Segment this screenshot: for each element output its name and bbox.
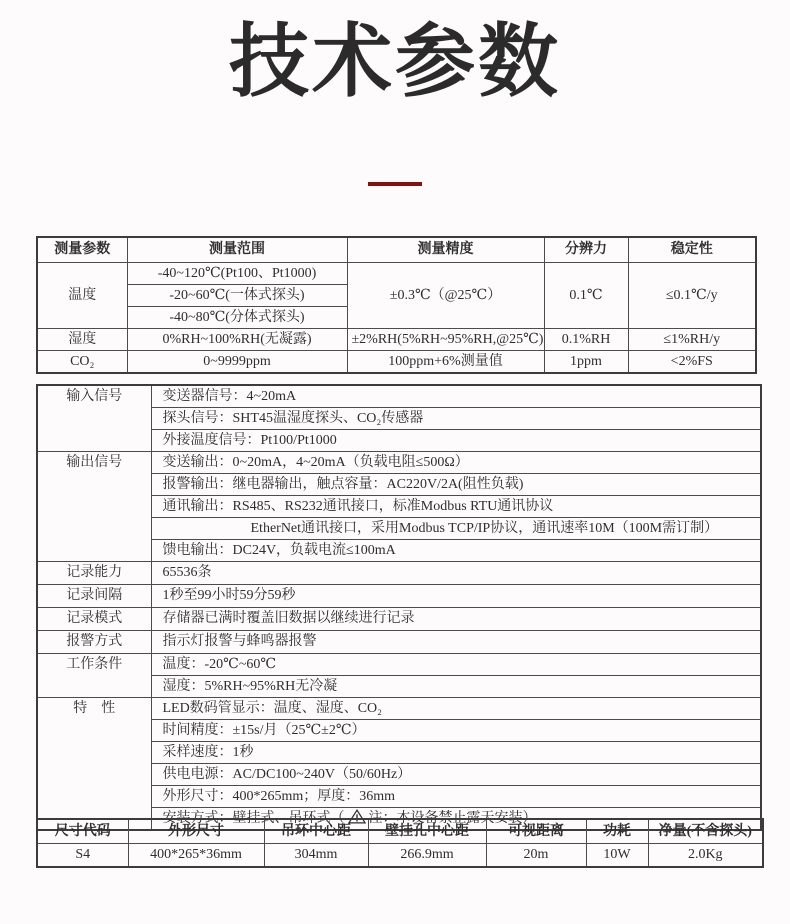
table-row: 特 性 LED数码管显示：温度、湿度、CO₂ [37,698,761,720]
column-header-range: 测量范围 [127,237,347,263]
size-value-row: S4 400*265*36mm 304mm 266.9mm 20m 10W 2.… [37,844,763,868]
record-interval-value: 1秒至99小时59分59秒 [151,585,761,608]
humidity-range: 0%RH~100%RH(无凝露) [127,329,347,351]
measurement-spec-table: 测量参数 测量范围 测量精度 分辨力 稳定性 温度 -40~120℃(Pt100… [36,236,757,374]
table-row: 记录间隔 1秒至99小时59分59秒 [37,585,761,608]
param-humidity: 湿度 [37,329,127,351]
table-row: 温度 -40~120℃(Pt100、Pt1000) ±0.3℃（@25℃） 0.… [37,263,756,285]
column-header-view-distance: 可视距离 [486,819,586,844]
humidity-stability: ≤1%RH/y [628,329,756,351]
column-header-param: 测量参数 [37,237,127,263]
features-row-3: 采样速度：1秒 [151,742,761,764]
column-header-power: 功耗 [586,819,648,844]
table-row: 湿度 0%RH~100%RH(无凝露) ±2%RH(5%RH~95%RH,@25… [37,329,756,351]
net-weight-value: 2.0Kg [648,844,763,868]
features-row-1: LED数码管显示：温度、湿度、CO₂ [151,698,761,720]
table-row: 报警方式 指示灯报警与蜂鸣器报警 [37,631,761,654]
input-signal-row-1: 变送器信号：4~20mA [151,385,761,408]
column-header-hole-distance: 壁挂孔中心距 [368,819,486,844]
size-table: 尺寸代码 外形尺寸 吊环中心距 壁挂孔中心距 可视距离 功耗 净量(不含探头) … [36,818,764,868]
column-header-resolution: 分辨力 [544,237,628,263]
label-record-interval: 记录间隔 [37,585,151,608]
table-row: 工作条件 温度：-20℃~60℃ [37,654,761,676]
table-row: CO₂ 0~9999ppm 100ppm+6%测量值 1ppm <2%FS [37,351,756,374]
temperature-resolution: 0.1℃ [544,263,628,329]
page-title: 技术参数 [0,14,790,110]
table-row: 记录模式 存储器已满时覆盖旧数据以继续进行记录 [37,608,761,631]
label-alarm-mode: 报警方式 [37,631,151,654]
working-conditions-row-2: 湿度：5%RH~95%RH无冷凝 [151,676,761,698]
column-header-ring-distance: 吊环中心距 [264,819,368,844]
label-features: 特 性 [37,698,151,831]
features-row-5: 外形尺寸：400*265mm；厚度：36mm [151,786,761,808]
table-row: 输出信号 变送输出：0~20mA，4~20mA（负载电阻≤500Ω） [37,452,761,474]
input-signal-row-2: 探头信号：SHT45温湿度探头、CO₂传感器 [151,408,761,430]
output-signal-row-1: 变送输出：0~20mA，4~20mA（负载电阻≤500Ω） [151,452,761,474]
size-header-row: 尺寸代码 外形尺寸 吊环中心距 壁挂孔中心距 可视距离 功耗 净量(不含探头) [37,819,763,844]
detail-spec-table: 输入信号 变送器信号：4~20mA 探头信号：SHT45温湿度探头、CO₂传感器… [36,384,762,831]
humidity-accuracy: ±2%RH(5%RH~95%RH,@25℃) [347,329,544,351]
co2-range: 0~9999ppm [127,351,347,374]
output-signal-row-3: 通讯输出：RS485、RS232通讯接口，标准Modbus RTU通讯协议 [151,496,761,518]
size-code-value: S4 [37,844,128,868]
temperature-stability: ≤0.1℃/y [628,263,756,329]
record-capacity-value: 65536条 [151,562,761,585]
label-record-mode: 记录模式 [37,608,151,631]
temperature-range-1: -40~120℃(Pt100、Pt1000) [127,263,347,285]
features-row-2: 时间精度：±15s/月（25℃±2℃） [151,720,761,742]
output-signal-row-2: 报警输出：继电器输出，触点容量：AC220V/2A(阻性负载) [151,474,761,496]
view-distance-value: 20m [486,844,586,868]
title-divider [368,182,422,186]
record-mode-value: 存储器已满时覆盖旧数据以继续进行记录 [151,608,761,631]
ring-distance-value: 304mm [264,844,368,868]
table-row: 记录能力 65536条 [37,562,761,585]
co2-resolution: 1ppm [544,351,628,374]
label-record-capacity: 记录能力 [37,562,151,585]
column-header-dimensions: 外形尺寸 [128,819,264,844]
features-row-4: 供电电源：AC/DC100~240V（50/60Hz） [151,764,761,786]
table-row: 输入信号 变送器信号：4~20mA [37,385,761,408]
label-working-conditions: 工作条件 [37,654,151,698]
input-signal-row-3: 外接温度信号：Pt100/Pt1000 [151,430,761,452]
param-temperature: 温度 [37,263,127,329]
column-header-net-weight: 净量(不含探头) [648,819,763,844]
dimensions-value: 400*265*36mm [128,844,264,868]
label-output-signal: 输出信号 [37,452,151,562]
power-value: 10W [586,844,648,868]
temperature-range-2: -20~60℃(一体式探头) [127,285,347,307]
label-input-signal: 输入信号 [37,385,151,452]
output-signal-row-5: 馈电输出：DC24V，负载电流≤100mA [151,540,761,562]
output-signal-row-4: EtherNet通讯接口，采用Modbus TCP/IP协议，通讯速率10M（1… [151,518,761,540]
column-header-accuracy: 测量精度 [347,237,544,263]
temperature-accuracy: ±0.3℃（@25℃） [347,263,544,329]
working-conditions-row-1: 温度：-20℃~60℃ [151,654,761,676]
co2-stability: <2%FS [628,351,756,374]
humidity-resolution: 0.1%RH [544,329,628,351]
column-header-stability: 稳定性 [628,237,756,263]
co2-accuracy: 100ppm+6%测量值 [347,351,544,374]
column-header-size-code: 尺寸代码 [37,819,128,844]
spec-header-row: 测量参数 测量范围 测量精度 分辨力 稳定性 [37,237,756,263]
temperature-range-3: -40~80℃(分体式探头) [127,307,347,329]
param-co2: CO₂ [37,351,127,374]
hole-distance-value: 266.9mm [368,844,486,868]
alarm-mode-value: 指示灯报警与蜂鸣器报警 [151,631,761,654]
